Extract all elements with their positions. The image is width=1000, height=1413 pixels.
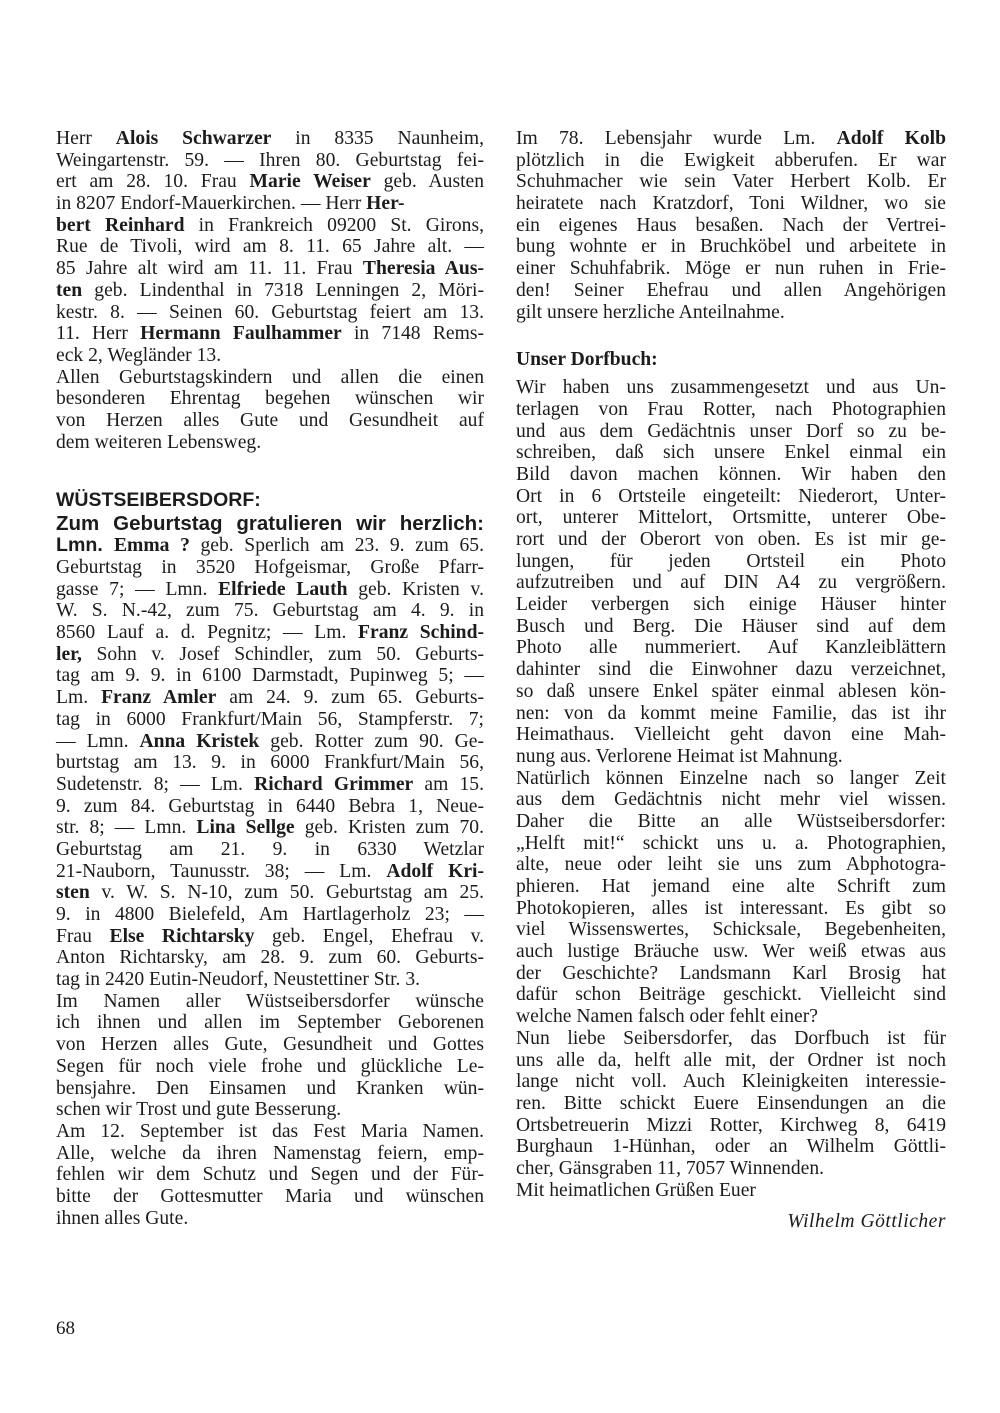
text-segment: Sudetenstr. 8; — Lm. — [56, 774, 254, 795]
text-segment: Natürlich können Einzelne nach so langer… — [516, 768, 946, 789]
text-segment: Ort in 6 Ortsteile eingeteilt: Niederort… — [516, 486, 946, 507]
text-line: einer Schuhfabrik. Möge er nun ruhen in … — [516, 258, 946, 280]
text-segment: Geburtstag in 3520 Hofgeismar, Große Pfa… — [56, 557, 484, 578]
text-line: tag in 2420 Eutin-Neudorf, Neustettiner … — [56, 969, 484, 991]
text-line: „Helft mit!“ schickt uns u. a. Photograp… — [516, 833, 946, 855]
text-line: Lm. Franz Amler am 24. 9. zum 65. Geburt… — [56, 687, 484, 709]
text-line: Burghaun 1-Hünhan, oder an Wilhelm Göttl… — [516, 1136, 946, 1158]
text-line: 9. zum 84. Geburtstag in 6440 Bebra 1, N… — [56, 796, 484, 818]
person-name: Lina Sellge — [196, 817, 294, 838]
text-segment: lungen, für jeden Ortsteil ein Photo — [516, 551, 946, 572]
text-segment: in Frankreich 09200 St. Girons, — [184, 215, 484, 236]
text-line: Nun liebe Seibersdorfer, das Dorfbuch is… — [516, 1028, 946, 1050]
text-segment: fehlen wir dem Schutz und Segen und der … — [56, 1164, 484, 1185]
text-segment: schen wir Trost und gute Besserung. — [56, 1099, 341, 1120]
person-name: Franz Amler — [101, 687, 216, 708]
text-segment: ein eigenes Haus besaßen. Nach der Vertr… — [516, 215, 946, 236]
text-segment: heiratete nach Kratzdorf, Toni Wildner, … — [516, 193, 946, 214]
text-line: ein eigenes Haus besaßen. Nach der Vertr… — [516, 215, 946, 237]
person-name: Franz Schind- — [358, 622, 484, 643]
text-line: in 8207 Endorf-Mauerkirchen. — Herr Her- — [56, 193, 484, 215]
text-segment: Ortsbetreuerin Mizzi Rotter, Kirchweg 8,… — [516, 1115, 946, 1136]
text-segment: gasse 7; — Lmn. — [56, 579, 218, 600]
text-segment: plötzlich in die Ewigkeit abberufen. Er … — [516, 150, 946, 171]
text-segment: str. 8; — Lmn. — [56, 817, 196, 838]
person-name: bert Reinhard — [56, 215, 184, 236]
text-line: den! Seiner Ehefrau und allen Angehörige… — [516, 280, 946, 302]
text-line: Lmn. Emma ? geb. Sperlich am 23. 9. zum … — [56, 535, 484, 557]
text-line: 85 Jahre alt wird am 11. 11. Frau Theres… — [56, 258, 484, 280]
person-name: Adolf Kolb — [837, 128, 946, 149]
text-line: tag in 6000 Frankfurt/Main 56, Stampfers… — [56, 709, 484, 731]
text-line: rort und der Oberort von oben. Es ist mi… — [516, 529, 946, 551]
text-segment: 21-Nauborn, Taunusstr. 38; — Lm. — [56, 861, 386, 882]
person-name: Alois Schwarzer — [116, 128, 272, 149]
text-line: Anton Richtarsky, am 28. 9. zum 60. Gebu… — [56, 947, 484, 969]
text-line: fehlen wir dem Schutz und Segen und der … — [56, 1164, 484, 1186]
text-line: Weingartenstr. 59. — Ihren 80. Geburtsta… — [56, 150, 484, 172]
text-line: plötzlich in die Ewigkeit abberufen. Er … — [516, 150, 946, 172]
text-line: ert am 28. 10. Frau Marie Weiser geb. Au… — [56, 171, 484, 193]
text-segment: ich ihnen und allen im September Geboren… — [56, 1012, 484, 1033]
text-line: ren. Bitte schickt Euere Einsendungen an… — [516, 1093, 946, 1115]
text-segment: rort und der Oberort von oben. Es ist mi… — [516, 529, 946, 550]
text-line: tag am 9. 9. in 6100 Darmstadt, Pupinweg… — [56, 665, 484, 687]
text-line: der Geschichte? Landsmann Karl Brosig ha… — [516, 963, 946, 985]
text-line: und aus dem Gedächtnis unser Dorf so zu … — [516, 421, 946, 443]
text-segment: Schuhmacher wie sein Vater Herbert Kolb.… — [516, 171, 946, 192]
text-segment: so daß unsere Enkel später einmal ablese… — [516, 681, 946, 702]
text-segment: am 15. — [413, 774, 484, 795]
text-segment: Daher die Bitte an alle Wüstseibersdorfe… — [516, 811, 946, 832]
text-segment: Am 12. September ist das Fest Maria Name… — [56, 1121, 484, 1142]
text-segment: auch lustige Bräuche usw. Wer weiß etwas… — [516, 941, 946, 962]
text-line: — Lmn. Anna Kristek geb. Rotter zum 90. … — [56, 731, 484, 753]
text-segment: „Helft mit!“ schickt uns u. a. Photograp… — [516, 833, 946, 854]
text-segment: 9. in 4800 Bielefeld, Am Hartlagerholz 2… — [56, 904, 484, 925]
text-segment: Herr — [56, 128, 116, 149]
text-line: str. 8; — Lmn. Lina Sellge geb. Kristen … — [56, 817, 484, 839]
text-segment: dahinter sind die Einwohner dazu verzeic… — [516, 659, 946, 680]
text-line: Daher die Bitte an alle Wüstseibersdorfe… — [516, 811, 946, 833]
person-name: Emma ? — [114, 535, 190, 556]
text-segment: Nun liebe Seibersdorfer, das Dorfbuch is… — [516, 1028, 946, 1049]
text-line: alte, neue oder leiht sie uns zum Abphot… — [516, 854, 946, 876]
text-line: bung wohnte er in Bruchköbel und arbeite… — [516, 236, 946, 258]
text-line: von Herzen alles Gute, Gesundheit und Go… — [56, 1034, 484, 1056]
text-line: schreiben, daß sich unsere Enkel einmal … — [516, 442, 946, 464]
text-segment: bitte der Gottesmutter Maria und wünsche… — [56, 1186, 484, 1207]
text-segment: Lm. — [56, 687, 101, 708]
text-segment: von Herzen alles Gute und Gesundheit auf — [56, 410, 484, 431]
text-segment: Busch und Berg. Die Häuser sind auf dem — [516, 616, 946, 637]
text-segment: welche Namen falsch oder fehlt einer? — [516, 1006, 818, 1027]
text-segment: Segen für noch viele frohe und glücklich… — [56, 1056, 484, 1077]
text-segment: uns alle da, helft alle mit, der Ordner … — [516, 1050, 946, 1071]
text-segment: in 7148 Rems- — [342, 323, 484, 344]
birthday-list-general: Herr Alois Schwarzer in 8335 Naunheim,We… — [56, 128, 484, 453]
text-line: 9. in 4800 Bielefeld, Am Hartlagerholz 2… — [56, 904, 484, 926]
text-line: von Herzen alles Gute und Gesundheit auf — [56, 410, 484, 432]
text-line: Leider verbergen sich einige Häuser hint… — [516, 594, 946, 616]
text-line: burtstag am 13. 9. in 6000 Frankfurt/Mai… — [56, 752, 484, 774]
text-line: Heimathaus. Vielleicht geht davon eine M… — [516, 724, 946, 746]
text-line: Natürlich können Einzelne nach so langer… — [516, 768, 946, 790]
text-segment: Photokopieren, alles ist interessant. Es… — [516, 898, 946, 919]
text-segment: Im Namen aller Wüstseibersdorfer wünsche — [56, 991, 484, 1012]
text-line: Photo alle nummeriert. Auf Kanzleiblätte… — [516, 637, 946, 659]
text-segment: phieren. Hat jemand eine alte Schrift zu… — [516, 876, 946, 897]
text-line: welche Namen falsch oder fehlt einer? — [516, 1006, 946, 1028]
text-segment: Wir haben uns zusammengesetzt und aus Un… — [516, 377, 946, 398]
author-signature: Wilhelm Göttlicher — [516, 1211, 946, 1233]
text-line: Sudetenstr. 8; — Lm. Richard Grimmer am … — [56, 774, 484, 796]
text-line: lange nicht voll. Auch Kleinigkeiten int… — [516, 1071, 946, 1093]
person-name: Else Richtarsky — [110, 926, 255, 947]
text-segment: 9. zum 84. Geburtstag in 6440 Bebra 1, N… — [56, 796, 484, 817]
text-line: W. S. N.-42, zum 75. Geburtstag am 4. 9.… — [56, 600, 484, 622]
text-segment: 8560 Lauf a. d. Pegnitz; — Lm. — [56, 622, 358, 643]
text-segment: Weingartenstr. 59. — Ihren 80. Geburtsta… — [56, 150, 484, 171]
text-line: Alle, welche da ihren Namenstag feiern, … — [56, 1143, 484, 1165]
text-line: lungen, für jeden Ortsteil ein Photo — [516, 551, 946, 573]
text-line: bert Reinhard in Frankreich 09200 St. Gi… — [56, 215, 484, 237]
text-line: phieren. Hat jemand eine alte Schrift zu… — [516, 876, 946, 898]
text-segment: Sohn v. Josef Schindler, zum 50. Geburts… — [82, 644, 484, 665]
text-line: Herr Alois Schwarzer in 8335 Naunheim, — [56, 128, 484, 150]
text-segment: geb. Kristen zum 70. — [295, 817, 484, 838]
text-segment: besonderen Ehrentag begehen wünschen wir — [56, 388, 484, 409]
person-name: ten — [56, 280, 82, 301]
text-segment: Allen Geburtstagskindern und allen die e… — [56, 367, 484, 388]
text-line: auch lustige Bräuche usw. Wer weiß etwas… — [516, 941, 946, 963]
text-segment: — Lmn. — [56, 731, 139, 752]
text-line: Rue de Tivoli, wird am 8. 11. 65 Jahre a… — [56, 236, 484, 258]
person-name: Elfriede Lauth — [218, 579, 347, 600]
person-name: Her- — [366, 193, 404, 214]
text-line: dafür schon Beiträge geschickt. Vielleic… — [516, 984, 946, 1006]
text-segment: den! Seiner Ehefrau und allen Angehörige… — [516, 280, 946, 301]
section-subheading-birthdays: Zum Geburtstag gratulieren wir herzlich: — [56, 513, 484, 535]
section-heading-dorfbuch: Unser Dorfbuch: — [516, 349, 946, 371]
text-segment: ren. Bitte schickt Euere Einsendungen an… — [516, 1093, 946, 1114]
text-segment: Photo alle nummeriert. Auf Kanzleiblätte… — [516, 637, 946, 658]
text-segment: aus dem Gedächtnis nicht mehr viel wisse… — [516, 789, 946, 810]
text-line: aus dem Gedächtnis nicht mehr viel wisse… — [516, 789, 946, 811]
text-line: 11. Herr Hermann Faulhammer in 7148 Rems… — [56, 323, 484, 345]
text-line: Ortsbetreuerin Mizzi Rotter, Kirchweg 8,… — [516, 1115, 946, 1137]
text-segment: W. S. N.-42, zum 75. Geburtstag am 4. 9.… — [56, 600, 484, 621]
text-segment: viel Wissenswertes, Schicksale, Begebenh… — [516, 919, 946, 940]
text-line: cher, Gänsgraben 11, 7057 Winnenden. — [516, 1158, 946, 1180]
text-segment: lange nicht voll. Auch Kleinigkeiten int… — [516, 1071, 946, 1092]
section-heading-wuestseibersdorf: WÜSTSEIBERSDORF: — [56, 489, 484, 511]
text-segment: geb. Rotter zum 90. Ge- — [259, 731, 484, 752]
text-line: kestr. 8. — Seinen 60. Geburtstag feiert… — [56, 302, 484, 324]
text-segment: in 8335 Naunheim, — [271, 128, 484, 149]
text-segment: Lmn. — [56, 534, 114, 556]
text-segment: terlagen von Frau Rotter, nach Photograp… — [516, 399, 946, 420]
text-segment: von Herzen alles Gute, Gesundheit und Go… — [56, 1034, 484, 1055]
text-segment: burtstag am 13. 9. in 6000 Frankfurt/Mai… — [56, 752, 484, 773]
text-segment: alte, neue oder leiht sie uns zum Abphot… — [516, 854, 946, 875]
right-column: Im 78. Lebensjahr wurde Lm. Adolf Kolbpl… — [516, 128, 946, 1233]
text-line: Geburtstag am 21. 9. in 6330 Wetzlar — [56, 839, 484, 861]
text-line: terlagen von Frau Rotter, nach Photograp… — [516, 399, 946, 421]
text-segment: Frau — [56, 926, 110, 947]
text-segment: Geburtstag am 21. 9. in 6330 Wetzlar — [56, 839, 484, 860]
text-segment: und aus dem Gedächtnis unser Dorf so zu … — [516, 421, 946, 442]
text-line: Im 78. Lebensjahr wurde Lm. Adolf Kolb — [516, 128, 946, 150]
text-segment: nung aus. Verlorene Heimat ist Mahnung. — [516, 746, 843, 767]
text-line: Im Namen aller Wüstseibersdorfer wünsche — [56, 991, 484, 1013]
text-segment: ert am 28. 10. Frau — [56, 171, 250, 192]
text-line: so daß unsere Enkel später einmal ablese… — [516, 681, 946, 703]
text-line: nung aus. Verlorene Heimat ist Mahnung. — [516, 746, 946, 768]
text-segment: in 8207 Endorf-Mauerkirchen. — Herr — [56, 193, 366, 214]
text-segment: geb. Engel, Ehefrau v. — [254, 926, 484, 947]
text-segment: Im 78. Lebensjahr wurde Lm. — [516, 128, 837, 149]
text-line: ich ihnen und allen im September Geboren… — [56, 1012, 484, 1034]
text-segment: geb. Lindenthal in 7318 Lenningen 2, Mör… — [82, 280, 484, 301]
person-name: Hermann Faulhammer — [140, 323, 342, 344]
person-name: Richard Grimmer — [254, 774, 413, 795]
text-line: heiratete nach Kratzdorf, Toni Wildner, … — [516, 193, 946, 215]
text-segment: geb. Kristen v. — [348, 579, 484, 600]
text-segment: dem weiteren Lebensweg. — [56, 432, 261, 453]
text-line: ihnen alles Gute. — [56, 1208, 484, 1230]
person-name: Anna Kristek — [139, 731, 259, 752]
text-segment: geb. Sperlich am 23. 9. zum 65. — [190, 535, 484, 556]
text-line: dem weiteren Lebensweg. — [56, 432, 484, 454]
text-segment: Bild davon machen können. Wir haben den — [516, 464, 946, 485]
text-line: eck 2, Wegländer 13. — [56, 345, 484, 367]
text-segment: dafür schon Beiträge geschickt. Vielleic… — [516, 984, 946, 1005]
text-line: gilt unsere herzliche Anteilnahme. — [516, 302, 946, 324]
birthday-list-wuestseibersdorf: Lmn. Emma ? geb. Sperlich am 23. 9. zum … — [56, 535, 484, 1229]
text-line: Geburtstag in 3520 Hofgeismar, Große Pfa… — [56, 557, 484, 579]
person-name: ler, — [56, 644, 82, 665]
text-line: Photokopieren, alles ist interessant. Es… — [516, 898, 946, 920]
text-segment: am 24. 9. zum 65. Geburts- — [216, 687, 484, 708]
text-segment: einer Schuhfabrik. Möge er nun ruhen in … — [516, 258, 946, 279]
text-line: Busch und Berg. Die Häuser sind auf dem — [516, 616, 946, 638]
text-line: schen wir Trost und gute Besserung. — [56, 1099, 484, 1121]
person-name: sten — [56, 882, 90, 903]
text-segment: schreiben, daß sich unsere Enkel einmal … — [516, 442, 946, 463]
text-line: aufzutreiben und auf DIN A4 zu vergrößer… — [516, 572, 946, 594]
text-line: ler, Sohn v. Josef Schindler, zum 50. Ge… — [56, 644, 484, 666]
page-number: 68 — [56, 1318, 75, 1340]
text-line: Wir haben uns zusammengesetzt und aus Un… — [516, 377, 946, 399]
text-segment: kestr. 8. — Seinen 60. Geburtstag feiert… — [56, 302, 484, 323]
person-name: Adolf Kri- — [386, 861, 484, 882]
text-line: 8560 Lauf a. d. Pegnitz; — Lm. Franz Sch… — [56, 622, 484, 644]
person-name: Theresia Aus- — [363, 258, 484, 279]
text-line: ten geb. Lindenthal in 7318 Lenningen 2,… — [56, 280, 484, 302]
text-line: uns alle da, helft alle mit, der Ordner … — [516, 1050, 946, 1072]
text-segment: Heimathaus. Vielleicht geht davon eine M… — [516, 724, 946, 745]
obituary-adolf-kolb: Im 78. Lebensjahr wurde Lm. Adolf Kolbpl… — [516, 128, 946, 323]
text-line: Segen für noch viele frohe und glücklich… — [56, 1056, 484, 1078]
text-segment: eck 2, Wegländer 13. — [56, 345, 221, 366]
text-segment: Rue de Tivoli, wird am 8. 11. 65 Jahre a… — [56, 236, 484, 257]
text-segment: geb. Austen — [371, 171, 484, 192]
text-line: Frau Else Richtarsky geb. Engel, Ehefrau… — [56, 926, 484, 948]
text-line: Bild davon machen können. Wir haben den — [516, 464, 946, 486]
text-segment: cher, Gänsgraben 11, 7057 Winnenden. — [516, 1158, 824, 1179]
text-segment: nen: von da kommt meine Familie, das ist… — [516, 703, 946, 724]
text-segment: Mit heimatlichen Grüßen Euer — [516, 1180, 756, 1201]
text-segment: ihnen alles Gute. — [56, 1208, 188, 1229]
left-column: Herr Alois Schwarzer in 8335 Naunheim,We… — [56, 128, 484, 1229]
text-segment: Leider verbergen sich einige Häuser hint… — [516, 594, 946, 615]
dorfbuch-article: Wir haben uns zusammengesetzt und aus Un… — [516, 377, 946, 1201]
text-line: Mit heimatlichen Grüßen Euer — [516, 1180, 946, 1202]
text-segment: 11. Herr — [56, 323, 140, 344]
text-segment: gilt unsere herzliche Anteilnahme. — [516, 302, 785, 323]
text-line: Ort in 6 Ortsteile eingeteilt: Niederort… — [516, 486, 946, 508]
text-segment: Anton Richtarsky, am 28. 9. zum 60. Gebu… — [56, 947, 484, 968]
text-segment: Burghaun 1-Hünhan, oder an Wilhelm Göttl… — [516, 1136, 946, 1157]
text-line: gasse 7; — Lmn. Elfriede Lauth geb. Kris… — [56, 579, 484, 601]
text-line: Am 12. September ist das Fest Maria Name… — [56, 1121, 484, 1143]
text-segment: 85 Jahre alt wird am 11. 11. Frau — [56, 258, 363, 279]
text-line: bensjahre. Den Einsamen und Kranken wün- — [56, 1078, 484, 1100]
text-segment: tag in 2420 Eutin-Neudorf, Neustettiner … — [56, 969, 420, 990]
text-segment: bung wohnte er in Bruchköbel und arbeite… — [516, 236, 946, 257]
person-name: Marie Weiser — [250, 171, 371, 192]
text-segment: der Geschichte? Landsmann Karl Brosig ha… — [516, 963, 946, 984]
text-line: sten v. W. S. N-10, zum 50. Geburtstag a… — [56, 882, 484, 904]
text-line: dahinter sind die Einwohner dazu verzeic… — [516, 659, 946, 681]
text-line: viel Wissenswertes, Schicksale, Begebenh… — [516, 919, 946, 941]
text-segment: Alle, welche da ihren Namenstag feiern, … — [56, 1143, 484, 1164]
text-line: ort, unterer Mittelort, Ortsmitte, unter… — [516, 507, 946, 529]
text-line: besonderen Ehrentag begehen wünschen wir — [56, 388, 484, 410]
text-segment: tag in 6000 Frankfurt/Main 56, Stampfers… — [56, 709, 484, 730]
text-segment: v. W. S. N-10, zum 50. Geburtstag am 25. — [90, 882, 484, 903]
text-line: 21-Nauborn, Taunusstr. 38; — Lm. Adolf K… — [56, 861, 484, 883]
text-line: bitte der Gottesmutter Maria und wünsche… — [56, 1186, 484, 1208]
text-segment: aufzutreiben und auf DIN A4 zu vergrößer… — [516, 572, 946, 593]
text-line: Allen Geburtstagskindern und allen die e… — [56, 367, 484, 389]
text-segment: ort, unterer Mittelort, Ortsmitte, unter… — [516, 507, 946, 528]
text-line: nen: von da kommt meine Familie, das ist… — [516, 703, 946, 725]
text-segment: bensjahre. Den Einsamen und Kranken wün- — [56, 1078, 484, 1099]
text-line: Schuhmacher wie sein Vater Herbert Kolb.… — [516, 171, 946, 193]
text-segment: tag am 9. 9. in 6100 Darmstadt, Pupinweg… — [56, 665, 484, 686]
